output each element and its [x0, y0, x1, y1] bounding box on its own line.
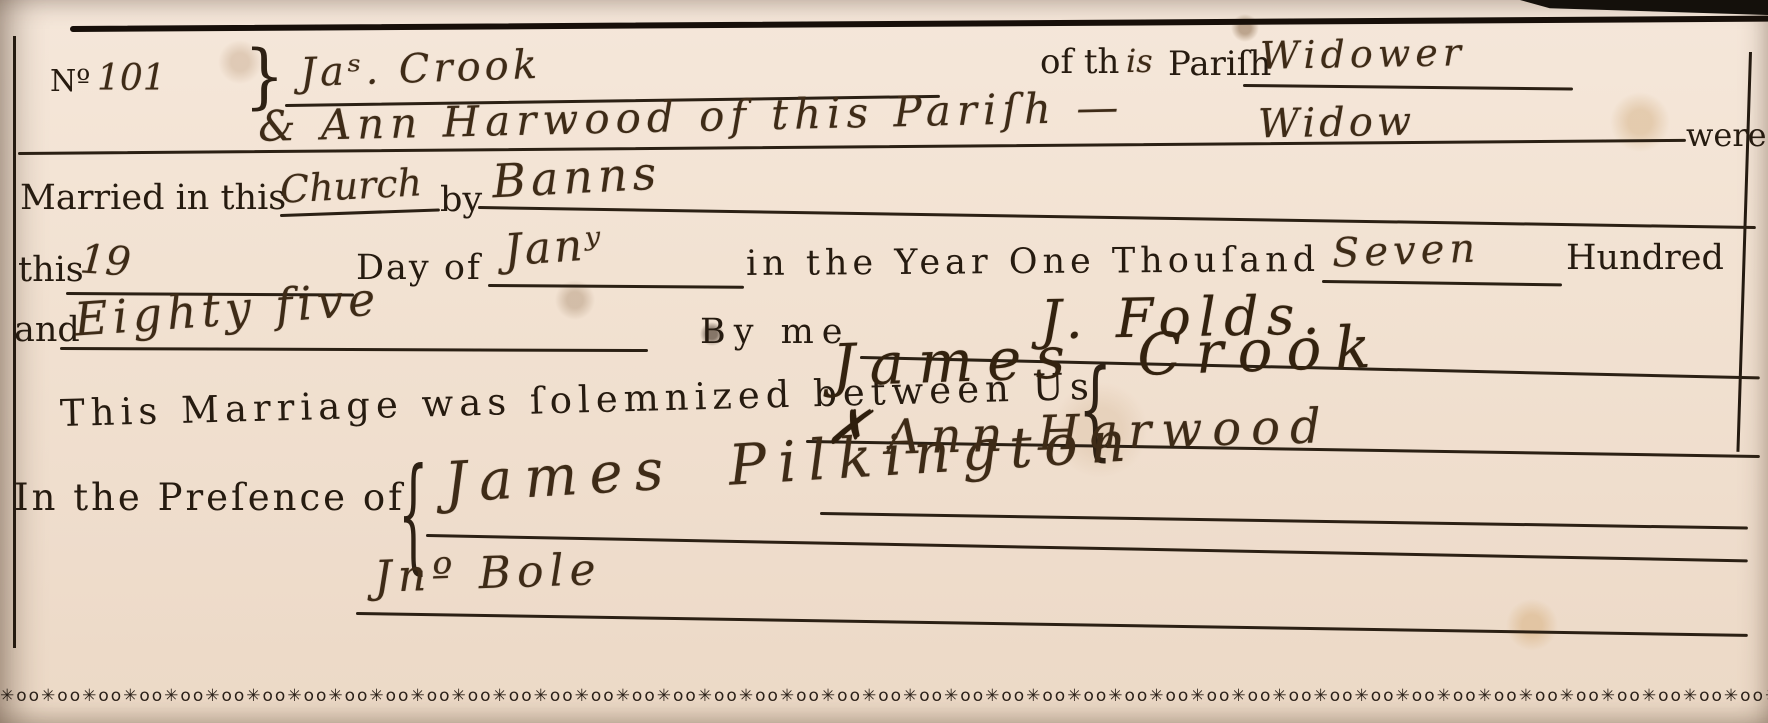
hundreds-value: Seven	[1331, 225, 1481, 276]
method-value: Banns	[491, 146, 663, 209]
were-label: were	[1686, 116, 1767, 154]
rule-witness2	[356, 612, 1748, 637]
rule-witness1	[426, 534, 1748, 562]
parish-label: Pariſh	[1168, 44, 1271, 84]
in-the-year-label: in the Year One Thouſand	[746, 240, 1320, 284]
rule-bride-signature	[820, 512, 1748, 530]
rule-hundreds	[1322, 280, 1562, 286]
right-border-line	[1736, 52, 1752, 452]
scan-edge-shadow	[1520, 0, 1768, 15]
groom-signature: James Crook	[831, 312, 1385, 399]
day-value: 19	[78, 236, 132, 285]
by-label: by	[440, 180, 482, 220]
presence-label: In the Preſence of	[14, 476, 405, 519]
of-this-label-part1: of th	[1040, 42, 1119, 82]
entry-number-value: 101	[97, 58, 166, 99]
entry-number-label: Nº	[50, 64, 90, 99]
married-in-this-label: Married in this	[20, 178, 286, 218]
and-label: and	[14, 310, 80, 350]
groom-name: Jaˢ. Crook	[299, 42, 541, 96]
bride-condition: Widow	[1258, 99, 1416, 148]
of-this-is-handwritten: is	[1126, 42, 1153, 80]
top-border-line	[70, 16, 1768, 32]
rule-groom-condition	[1243, 84, 1573, 90]
place-value: Church	[279, 160, 423, 211]
this-label: this	[18, 250, 84, 290]
ornament-border: ✳oo✳oo✳oo✳oo✳oo✳oo✳oo✳oo✳oo✳oo✳oo✳oo✳oo✳…	[0, 676, 1768, 716]
groom-condition: Widower	[1260, 30, 1467, 78]
witness1-signature: James Pilkington	[443, 409, 1140, 516]
hundred-label: Hundred	[1566, 238, 1724, 278]
month-value: Janʸ	[502, 219, 605, 277]
witness2-signature: Jnº Bole	[373, 544, 602, 603]
by-me-label: By me	[700, 312, 851, 352]
rule-method	[478, 206, 1756, 229]
rule-tens	[60, 347, 648, 352]
marriage-register-page: Nº 101 } Jaˢ. Crook of th is Pariſh Wido…	[0, 0, 1768, 723]
rule-month	[488, 284, 744, 289]
